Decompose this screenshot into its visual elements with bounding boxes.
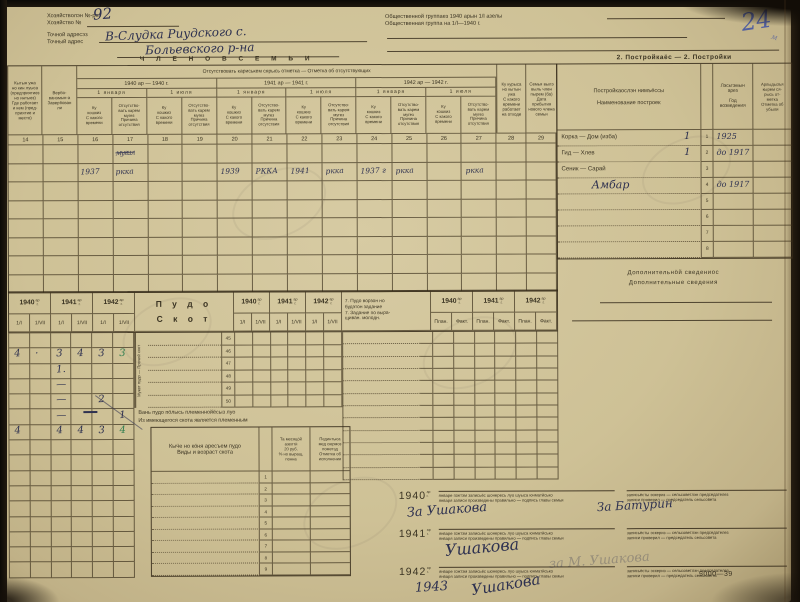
year-cells: 1940ар г.1941ар г.1942ар г.: [431, 290, 557, 312]
smallcol-a-cell: [273, 540, 311, 552]
livestock-subcolumn-header: 1/I: [234, 314, 252, 332]
livestock-subcolumn-header: 1/VII: [324, 313, 342, 331]
grid-cell: [454, 443, 475, 455]
grid-cell: [392, 181, 427, 200]
grid-cell: [93, 440, 114, 455]
column-number: 21: [253, 134, 288, 144]
building-row: 5: [558, 194, 792, 211]
row-number: 48: [222, 370, 234, 383]
livestock-year-header: 1942ар г.: [93, 292, 135, 314]
grid-cell: [9, 364, 30, 379]
task-row: [343, 357, 432, 370]
smallcol-a-cell: [273, 552, 311, 564]
grid-cell: [497, 199, 527, 218]
row-number: 45: [222, 333, 234, 346]
handwritten-count: —: [56, 409, 67, 421]
grid-cell: [537, 344, 558, 356]
grid-cell: [72, 547, 93, 562]
kind-row-number: 3: [260, 494, 273, 506]
grid-cell: [289, 345, 307, 358]
table-row: [433, 405, 558, 418]
members-table-body: мугил1937ркка1939РККА1941ркка1937 грккар…: [8, 143, 557, 293]
grid-cell: [496, 356, 517, 368]
table-row: [433, 344, 558, 357]
livestock-years-group-2: 1940ар г.1941ар г.1942ар г. 1/I1/VII1/I1…: [234, 291, 342, 331]
table-row: [433, 381, 558, 394]
grid-cell: [113, 364, 134, 379]
grid-cell: [148, 256, 183, 275]
livestock-year-header: 1940ар г.: [234, 291, 270, 313]
building-name-printed: Гид — Хлев: [561, 150, 594, 156]
year-text: 1941: [61, 299, 76, 306]
building-row: 7: [558, 226, 792, 243]
grid-cell: [51, 440, 72, 455]
grid-cell: [433, 393, 454, 405]
kind-age-row: 8: [152, 552, 350, 564]
building-name-cell: [558, 194, 702, 211]
grid-cell: [454, 344, 475, 356]
grid-cell: [433, 381, 454, 393]
livestock-plan-fact-group: 1940ар г.1941ар г.1942ар г. План.Факт.Пл…: [431, 290, 557, 330]
blank-kind-row: [148, 358, 221, 371]
building-year-cell: до 1917: [713, 146, 753, 162]
absence-subcolumn-row: Ку кошкиз С какого времениОтсутство- ват…: [77, 97, 496, 135]
household-number-label-rus: Хозяйство №: [47, 20, 81, 27]
grid-cell: [218, 219, 253, 238]
grid-cell: [271, 395, 289, 408]
grid-cell: [427, 162, 462, 181]
grid-cell: [307, 382, 325, 395]
grid-cell: [537, 356, 558, 368]
handwritten-signature: За Ушакова: [406, 500, 487, 521]
kinds-smallcol-b-header: Пединтыса мед сюрмоз пометэд Отметка об …: [310, 427, 349, 471]
grid-cell: [51, 486, 72, 501]
column-number: 28: [497, 134, 527, 144]
grid-cell: [148, 182, 183, 201]
buildings-section: 2. Постройкаёс — 2. Постройки Постройкао…: [556, 54, 793, 270]
grid-cell: [253, 345, 271, 358]
handwritten-entry: РККА: [255, 166, 278, 176]
grid-cell: [30, 410, 51, 425]
livestock-kinds-age-table: Кыӵе но кӧня аресъем пудо Виды и возраст…: [150, 426, 351, 576]
table-row: [235, 357, 342, 370]
table-row: [235, 382, 342, 395]
grid-cell: [93, 532, 114, 547]
table-row: [9, 180, 557, 200]
grid-cell: [218, 145, 253, 164]
grid-cell: [218, 237, 253, 256]
column-14-header: Кытын ужа но кин луыса (предприятиез но …: [8, 66, 43, 135]
kind-age-row: 6: [152, 529, 350, 541]
scan-corner-shadow: [0, 576, 60, 602]
table-row: [235, 345, 342, 358]
column-number: 19: [183, 135, 218, 145]
grid-cell: [496, 332, 517, 344]
grid-cell: [183, 200, 218, 219]
task-row: [343, 431, 432, 444]
grid-cell: [253, 218, 288, 237]
grid-cell: [253, 200, 288, 219]
grid-cell: [9, 182, 44, 201]
livestock-subcolumn-header: План.: [473, 313, 494, 331]
grid-cell: [427, 236, 462, 255]
year-suffix: ар г.: [293, 298, 297, 306]
handwritten-entry: 1941: [290, 165, 309, 175]
grid-cell: [462, 199, 497, 218]
handwritten-count: 3: [119, 348, 126, 359]
grid-cell: [44, 238, 79, 257]
additional-information-heading: Дополнительнӧй сведениос Дополнительные …: [557, 269, 790, 289]
livestock-year-header: 1942ар г.: [515, 290, 557, 312]
grid-cell: [113, 182, 148, 201]
handwritten-entry: ркка: [115, 166, 134, 176]
table-row: [9, 254, 557, 274]
grid-cell: [516, 344, 537, 356]
grid-cell: [235, 383, 253, 396]
livestock-year-header: 1940ар г.: [431, 291, 473, 313]
column-number: 24: [357, 134, 392, 144]
grid-cell: [496, 455, 517, 467]
task-row: [343, 344, 432, 357]
table-row: [10, 486, 135, 502]
grid-cell: [288, 237, 323, 256]
grid-cell: [475, 443, 496, 455]
livestock-subcolumn-header: 1/I: [9, 314, 30, 332]
blank-line: [572, 312, 772, 322]
table-row: [434, 467, 559, 480]
grid-cell: [30, 440, 51, 455]
grid-cell: [454, 369, 475, 381]
grid-cell: [324, 357, 342, 370]
grid-cell: [496, 369, 517, 381]
livestock-subcolumn-header: 1/I: [270, 313, 288, 331]
grid-cell: [114, 455, 135, 470]
column-15-header: Вербо- ванэмын-а Завербован ли: [43, 66, 78, 135]
grid-cell: [235, 345, 253, 358]
absence-year-header: 1942 ар — 1942 г.: [357, 78, 497, 88]
grid-cell: [72, 455, 93, 470]
year-cells: 1940ар г.1941ар г.1942ар г.: [9, 292, 135, 314]
task-number-cell: [421, 418, 433, 430]
grid-cell: [31, 547, 52, 562]
grid-cell: [433, 430, 454, 442]
smallcol-b-cell: [311, 471, 350, 483]
grid-cell: [462, 255, 497, 274]
absence-subcolumn-header: Отсутство- вать карем мугез Причина отсу…: [182, 98, 217, 135]
table-row: [433, 331, 558, 344]
grid-cell: [289, 395, 307, 408]
grid-cell: [44, 201, 79, 220]
grid-cell: [31, 517, 52, 532]
grid-cell: [10, 532, 31, 547]
task-number-cell: [420, 357, 432, 369]
grid-cell: [113, 256, 148, 275]
building-row: Амбар4до 1917: [558, 178, 792, 195]
livestock-subcolumn-header: 1/I: [93, 314, 114, 332]
grid-cell: [324, 370, 342, 383]
building-year-cell: 1925: [713, 130, 753, 146]
grid-cell: [218, 182, 253, 201]
absence-subcolumn-header: Отсутство- вать карем мугез Причина отсу…: [322, 97, 357, 134]
buildings-rows: Корка — Дом (изба)111925Гид — Хлев12до 1…: [557, 130, 791, 259]
grid-cell: [496, 381, 517, 393]
page-fold-line: [784, 0, 786, 602]
building-year-cell: [714, 242, 754, 258]
grid-cell: [475, 430, 496, 442]
signature-year: 1940: [399, 490, 426, 502]
task-number-cell: [420, 344, 432, 356]
handwritten-count: 4: [119, 425, 126, 436]
absence-subcolumn-header: Отсутство- вать карем мугез Причина отсу…: [461, 97, 496, 134]
absence-subcolumn-header: Отсутство- вать карем мугез Причина отсу…: [112, 98, 147, 135]
task-number-cell: [420, 332, 432, 344]
absence-subcolumn-header: Ку кошкиз С какого времени: [217, 98, 252, 135]
grid-cell: [497, 236, 527, 255]
column-number: 18: [148, 135, 183, 145]
year-text: 1942: [525, 298, 540, 305]
grid-cell: [148, 145, 183, 164]
building-year-cell: до 1917: [714, 178, 754, 194]
grid-cell: [357, 181, 392, 200]
grid-cell: [9, 379, 30, 394]
table-row: [433, 430, 558, 443]
grid-cell: [10, 517, 31, 532]
handwritten-count: 4: [14, 348, 21, 359]
absence-date-header: 1 января: [77, 89, 147, 98]
grid-cell: [10, 547, 31, 562]
grid-cell: [517, 393, 538, 405]
grid-cell: [537, 331, 558, 343]
scan-edge-left: [0, 0, 7, 602]
building-name-header: Постройкаослэн нимъёссы Наименование пос…: [557, 64, 701, 131]
kind-row-number: 1: [260, 471, 273, 483]
absence-subcolumn-header: Отсутство- вать карем мугез Причина отсу…: [392, 97, 427, 134]
grid-cell: [72, 440, 93, 455]
blank-kind-row: [148, 333, 221, 346]
column-number: 22: [287, 134, 322, 144]
table-row: [10, 471, 135, 487]
grid-cell: [496, 344, 517, 356]
year-text: 1941: [483, 298, 498, 305]
grid-cell: [92, 333, 113, 348]
grid-cell: [527, 162, 557, 181]
building-year-cell: [714, 162, 754, 178]
building-qty-handwritten: 1: [684, 147, 690, 158]
table-row: [433, 393, 558, 406]
grid-cell: [462, 181, 497, 200]
grid-cell: [253, 370, 271, 383]
grid-cell: [538, 430, 559, 442]
handwritten-count: 3: [56, 348, 63, 359]
kind-name-cell: [152, 506, 260, 518]
grid-cell: [517, 455, 538, 467]
grid-cell: [324, 345, 342, 358]
grid-cell: [9, 201, 44, 220]
grid-cell: [72, 333, 93, 348]
grid-cell: [93, 455, 114, 470]
smallcol-a-cell: [273, 517, 311, 529]
grid-cell: [427, 181, 462, 200]
smallcol-b-cell: [311, 540, 350, 552]
handwritten-entry: 1937: [80, 166, 99, 176]
grid-cell: [183, 163, 218, 182]
table-row: [10, 532, 135, 548]
table-row: [8, 143, 556, 163]
kind-age-row: 3: [152, 494, 350, 506]
building-name-handwritten: Амбар: [592, 178, 630, 191]
row-number: 47: [222, 358, 234, 371]
task-number-cell: [421, 443, 433, 455]
table-row: [9, 236, 557, 256]
grid-cell: [357, 218, 392, 237]
livestock-subcolumn-header: 1/VII: [114, 314, 135, 332]
grid-cell: [148, 200, 183, 219]
grid-cell: [516, 332, 537, 344]
building-row: Сеник — Сарай3: [558, 162, 792, 179]
task-description-rows: [342, 332, 433, 480]
grid-cell: [30, 425, 51, 440]
grid-cell: [72, 517, 93, 532]
family-members-absence-table: Ч Л Е Н О В С Е М Ь И Кытын ужа но кин л…: [7, 54, 558, 293]
grid-cell: [30, 364, 51, 379]
task-blank-line: [343, 431, 420, 444]
grid-cell: [10, 502, 31, 517]
table-row: [10, 516, 135, 532]
handwritten-count: 4: [77, 425, 84, 436]
task-number-cell: [421, 406, 433, 418]
grid-cell: [78, 219, 113, 238]
table-row: [433, 368, 558, 381]
grid-cell: [517, 418, 538, 430]
grid-cell: [78, 145, 113, 164]
grid-cell: [497, 144, 527, 163]
task-row: [343, 394, 432, 407]
grid-cell: [43, 145, 78, 164]
table-row: [433, 356, 558, 369]
building-row-number: 2: [701, 146, 713, 162]
year-suffix: ар г.: [36, 299, 40, 307]
kind-name-cell: [152, 483, 260, 495]
grid-cell: [30, 379, 51, 394]
grid-cell: [307, 395, 325, 408]
building-year-header: Лэсьтэмын арез Год возведения: [713, 64, 753, 130]
column-number: 26: [427, 134, 462, 144]
table-row: [9, 364, 134, 380]
grid-cell: [235, 395, 253, 408]
grid-cell: [271, 345, 289, 358]
table-row: [235, 395, 342, 408]
task-blank-line: [343, 381, 420, 394]
grid-cell: [288, 200, 323, 219]
grid-cell: [9, 440, 30, 455]
blank-line: [387, 26, 687, 39]
grid-cell: [392, 144, 427, 163]
grid-cell: [323, 237, 358, 256]
grid-cell: [148, 237, 183, 256]
grid-cell: [433, 369, 454, 381]
absence-subcolumn-header: Ку кошкиз С какого времени: [77, 98, 112, 135]
handwritten-entry: 1939: [220, 166, 239, 176]
grid-cell: [253, 357, 271, 370]
grid-cell: [113, 379, 134, 394]
building-name-cell: [558, 226, 702, 243]
grid-cell: [475, 393, 496, 405]
building-row-number: 6: [702, 210, 714, 226]
grid-cell: [114, 532, 135, 547]
grid-cell: [517, 369, 538, 381]
absence-subcolumn-header: Ку кошкиз С какого времени: [287, 97, 322, 134]
smallcol-b-cell: [311, 529, 350, 541]
livestock-year-header: 1941ар г.: [51, 292, 93, 314]
year-suffix: ар г.: [542, 297, 546, 305]
grid-cell: [454, 332, 475, 344]
grid-cell: [475, 356, 496, 368]
task-row: [343, 381, 432, 394]
year-text: 1941: [277, 298, 292, 305]
handwritten-dash: [83, 411, 97, 413]
kind-row-number: 5: [260, 517, 273, 529]
grid-cell: [433, 356, 454, 368]
grid-cell: [10, 471, 31, 486]
grid-cell: [235, 370, 253, 383]
grid-cell: [392, 199, 427, 218]
grid-cell: [9, 333, 30, 348]
handwritten-count: 3: [98, 425, 105, 436]
building-year-handwritten: до 1917: [716, 148, 749, 157]
grid-cell: [434, 467, 455, 479]
absence-date-header: 1 июля: [147, 89, 217, 98]
building-row: Гид — Хлев12до 1917: [557, 146, 791, 163]
building-number-header: [701, 64, 713, 130]
grid-cell: [114, 501, 135, 516]
building-row: 8: [558, 242, 792, 259]
grid-cell: [253, 237, 288, 256]
grid-cell: [72, 471, 93, 486]
grid-cell: [462, 236, 497, 255]
smallcol-a-cell: [273, 563, 311, 575]
kinds-smallcol-a-header: Та месяцӧй азелтӥ 20 руб. % но выращ. по…: [272, 427, 310, 471]
handwritten-entry: мугил: [115, 148, 134, 158]
table-row: [9, 440, 134, 456]
grid-cell: [113, 237, 148, 256]
building-name-cell: [558, 242, 702, 259]
plan-fact-grid: [432, 331, 559, 479]
building-year-handwritten: до 1917: [717, 180, 750, 189]
grid-cell: [148, 219, 183, 238]
livestock-subcolumn-header: Факт.: [494, 313, 515, 331]
handwritten-count: 1.: [56, 364, 66, 376]
year-suffix: ар г.: [257, 298, 261, 306]
grid-cell: [253, 255, 288, 274]
kind-age-row: 9: [152, 563, 350, 575]
grid-cell: [454, 393, 475, 405]
grid-cell: [9, 219, 44, 238]
blank-line: [600, 294, 772, 304]
handwritten-count: —: [56, 394, 67, 406]
livestock-subcolumn-header: Факт.: [452, 313, 473, 331]
building-row-number: 7: [702, 226, 714, 242]
date-cells: 1/I1/VII1/I1/VII1/I1/VII: [234, 313, 342, 331]
handwritten-count: ·: [35, 348, 39, 359]
grid-cell: [289, 370, 307, 383]
year-text: 1940: [19, 299, 34, 306]
absence-date-header: 1 января: [217, 88, 287, 97]
building-row-number: 1: [701, 130, 713, 146]
kind-name-cell: [152, 540, 260, 552]
grid-cell: [462, 144, 497, 163]
kinds-number-header: [259, 427, 272, 471]
grid-cell: [496, 443, 517, 455]
